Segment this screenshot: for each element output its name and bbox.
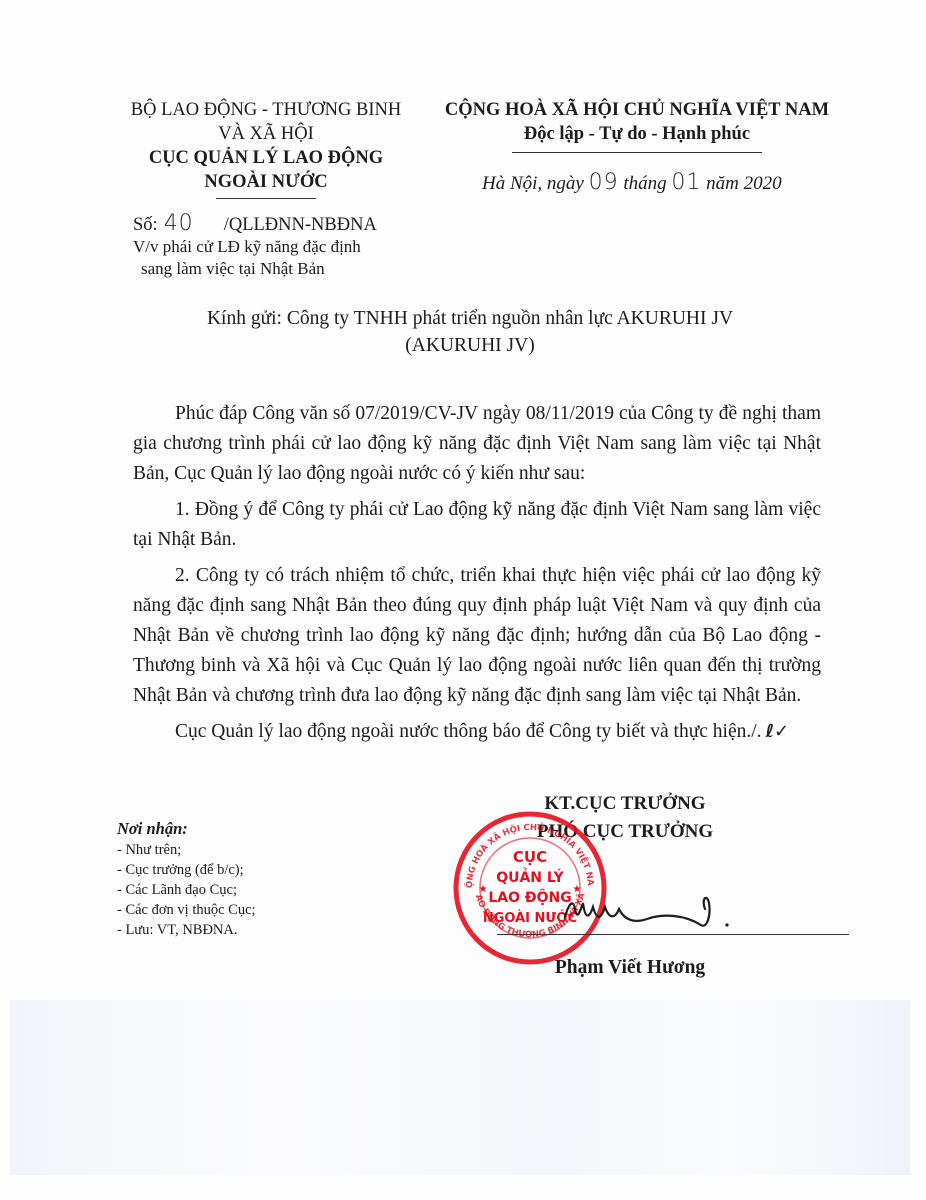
number-handwritten: 40	[164, 211, 194, 236]
svg-text:★: ★	[479, 884, 488, 895]
agency-name-line2: NGOÀI NƯỚC	[110, 170, 422, 194]
national-motto: Độc lập - Tự do - Hạnh phúc	[432, 122, 842, 146]
reference-block: Số:40/QLLĐNN-NBĐNA V/v phái cử LĐ kỹ năn…	[133, 213, 377, 280]
svg-text:CỤC: CỤC	[513, 848, 547, 866]
document-date: Hà Nội, ngày 09 tháng 01 năm 2020	[482, 170, 782, 195]
letter-body: Phúc đáp Công văn số 07/2019/CV-JV ngày …	[133, 399, 821, 747]
body-paragraph: Phúc đáp Công văn số 07/2019/CV-JV ngày …	[133, 399, 821, 489]
distribution-list: Nơi nhận: - Như trên; - Cục trưởng (để b…	[117, 818, 256, 940]
ministry-name-line2: VÀ XÃ HỘI	[110, 122, 422, 146]
date-day-handwritten: 09	[589, 170, 619, 195]
issuing-agency-header: BỘ LAO ĐỘNG - THƯƠNG BINH VÀ XÃ HỘI CỤC …	[110, 98, 422, 199]
date-place-prefix: Hà Nội, ngày	[482, 173, 584, 194]
date-month-label: tháng	[623, 173, 666, 194]
body-closing-paragraph: Cục Quản lý lao động ngoài nước thông bá…	[133, 717, 821, 747]
closing-text: Cục Quản lý lao động ngoài nước thông bá…	[175, 721, 762, 742]
number-suffix: /QLLĐNN-NBĐNA	[224, 215, 377, 235]
handwritten-signature-icon	[555, 885, 775, 933]
document-subject: V/v phái cử LĐ kỹ năng đặc định sang làm…	[133, 236, 377, 280]
body-paragraph: 1. Đồng ý để Công ty phái cử Lao động kỹ…	[133, 495, 821, 555]
subject-line2: sang làm việc tại Nhật Bản	[133, 258, 377, 280]
distribution-item: - Như trên;	[117, 840, 256, 860]
national-header: CỘNG HOÀ XÃ HỘI CHỦ NGHĨA VIỆT NAM Độc l…	[432, 98, 842, 153]
date-month-handwritten: 01	[671, 170, 701, 195]
scan-artifact	[10, 1000, 910, 1175]
agency-underline	[216, 198, 316, 199]
signer-name: Phạm Viết Hương	[500, 957, 760, 979]
distribution-item: - Lưu: VT, NBĐNA.	[117, 920, 256, 940]
distribution-item: - Các Lãnh đạo Cục;	[117, 880, 256, 900]
subject-line1: V/v phái cử LĐ kỹ năng đặc định	[133, 236, 377, 258]
distribution-title: Nơi nhận:	[117, 818, 256, 840]
addressee: Kính gửi: Công ty TNHH phát triển nguồn …	[150, 305, 790, 359]
document-number: Số:40/QLLĐNN-NBĐNA	[133, 213, 377, 236]
number-label: Số:	[133, 215, 158, 235]
distribution-item: - Cục trưởng (để b/c);	[117, 860, 256, 880]
signature-line	[497, 934, 849, 935]
agency-name-line1: CỤC QUẢN LÝ LAO ĐỘNG	[110, 146, 422, 170]
body-paragraph: 2. Công ty có trách nhiệm tổ chức, triển…	[133, 561, 821, 711]
distribution-item: - Các đơn vị thuộc Cục;	[117, 900, 256, 920]
svg-text:QUẢN LÝ: QUẢN LÝ	[496, 867, 564, 886]
addressee-line2: (AKURUHI JV)	[150, 332, 790, 359]
motto-underline	[512, 152, 762, 153]
addressee-line1: Kính gửi: Công ty TNHH phát triển nguồn …	[150, 305, 790, 332]
ministry-name-line1: BỘ LAO ĐỘNG - THƯƠNG BINH	[110, 98, 422, 122]
national-title: CỘNG HOÀ XÃ HỘI CHỦ NGHĨA VIỆT NAM	[432, 98, 842, 122]
date-year: năm 2020	[706, 173, 781, 194]
initials-mark: ℓ✓	[766, 721, 790, 742]
